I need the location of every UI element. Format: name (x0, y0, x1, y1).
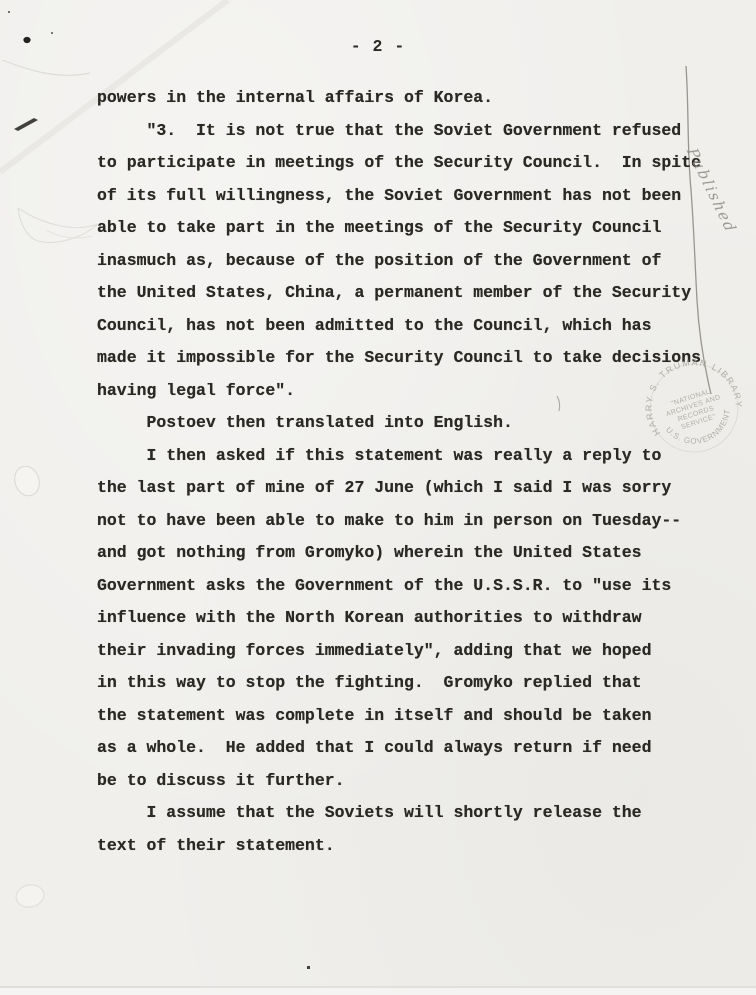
typed-line: the last part of mine of 27 June (which … (97, 472, 727, 505)
typed-line: and got nothing from Gromyko) wherein th… (97, 537, 727, 570)
typed-line: the United States, China, a permanent me… (97, 277, 727, 310)
typed-line: text of their statement. (97, 830, 727, 863)
typed-line: able to take part in the meetings of the… (97, 212, 727, 245)
typed-line: "3. It is not true that the Soviet Gover… (97, 115, 727, 148)
ink-speck (307, 966, 310, 969)
typed-line: their invading forces immediately", addi… (97, 635, 727, 668)
typed-line: Postoev then translated into English. (97, 407, 727, 440)
typed-body: powers in the internal affairs of Korea.… (97, 82, 727, 862)
paper-crease (46, 230, 92, 238)
page-number: - 2 - (0, 37, 756, 56)
typed-line: I assume that the Soviets will shortly r… (97, 797, 727, 830)
typed-line: in this way to stop the fighting. Gromyk… (97, 667, 727, 700)
typed-line: having legal force". (97, 375, 727, 408)
typed-line: Government asks the Government of the U.… (97, 570, 727, 603)
paper-crease (2, 60, 90, 75)
typed-line: to participate in meetings of the Securi… (97, 147, 727, 180)
typed-line: not to have been able to make to him in … (97, 505, 727, 538)
ink-speck (8, 11, 10, 13)
typed-line: of its full willingness, the Soviet Gove… (97, 180, 727, 213)
paper-crease (18, 208, 98, 242)
typed-line: I then asked if this statement was reall… (97, 440, 727, 473)
typed-line: Council, has not been admitted to the Co… (97, 310, 727, 343)
ink-speck (51, 32, 53, 34)
typed-line: made it impossible for the Security Coun… (97, 342, 727, 375)
typed-line: as a whole. He added that I could always… (97, 732, 727, 765)
typed-line: powers in the internal affairs of Korea. (97, 82, 727, 115)
paper-blemish (11, 463, 43, 499)
typed-line: be to discuss it further. (97, 765, 727, 798)
pencil-dash (14, 118, 38, 131)
typed-line: the statement was complete in itself and… (97, 700, 727, 733)
paper-blemish (14, 882, 46, 909)
paper-edge-strip (0, 988, 756, 995)
typed-line: inasmuch as, because of the position of … (97, 245, 727, 278)
typed-line: influence with the North Korean authorit… (97, 602, 727, 635)
document-page: - 2 - powers in the internal affairs of … (0, 0, 756, 995)
